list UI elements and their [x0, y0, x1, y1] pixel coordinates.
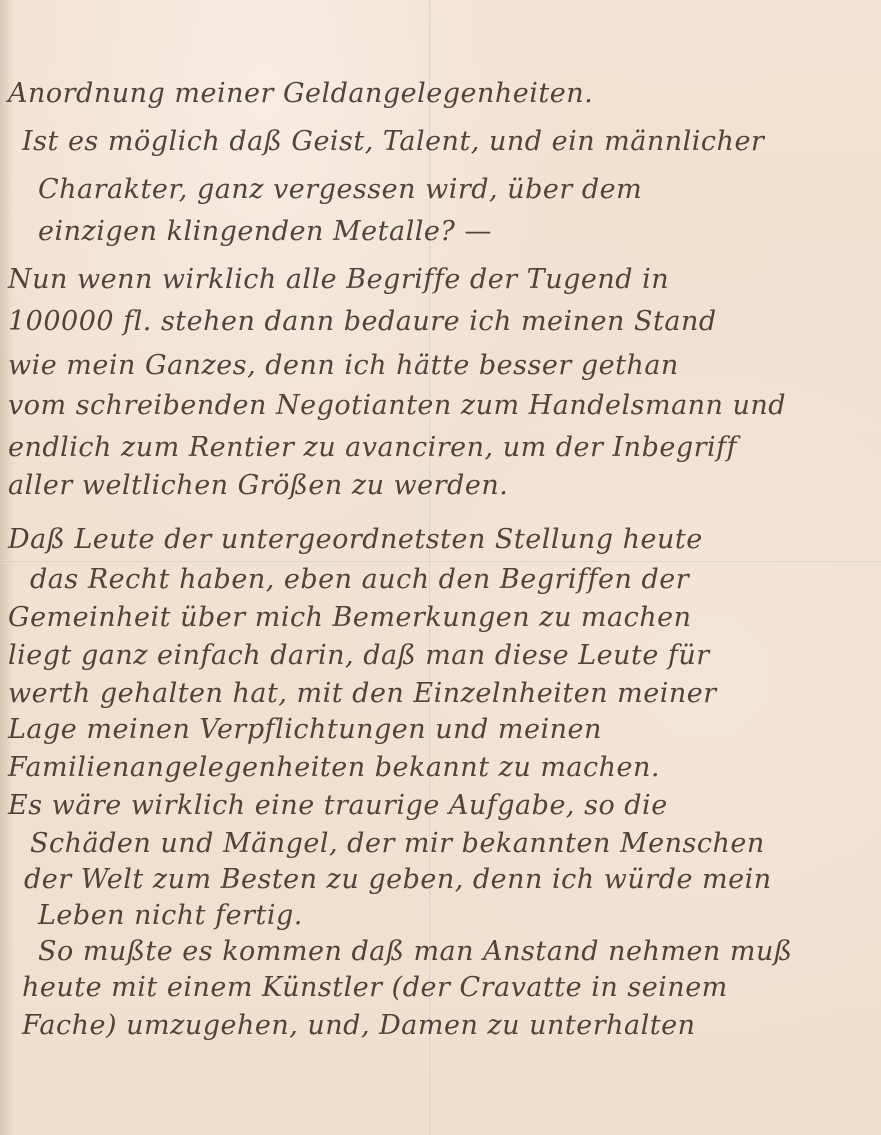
text-line: einzigen klingenden Metalle? —	[38, 216, 492, 247]
text-line: Es wäre wirklich eine traurige Aufgabe, …	[8, 790, 668, 821]
text-line: liegt ganz einfach darin, daß man diese …	[8, 640, 710, 671]
text-line: Gemeinheit über mich Bemerkungen zu mach…	[8, 602, 692, 633]
text-line: der Welt zum Besten zu geben, denn ich w…	[24, 864, 772, 895]
text-line: Lage meinen Verpflichtungen und meinen	[8, 714, 602, 745]
text-line: aller weltlichen Größen zu werden.	[8, 470, 508, 501]
text-line: Schäden und Mängel, der mir bekannten Me…	[30, 828, 765, 859]
letter-page: Anordnung meiner Geldangelegenheiten. Is…	[0, 0, 881, 1135]
text-line: Leben nicht fertig.	[38, 900, 303, 931]
text-line: 100000 fl. stehen dann bedaure ich meine…	[8, 306, 717, 337]
text-line: Ist es möglich daß Geist, Talent, und ei…	[22, 126, 764, 157]
text-line: Nun wenn wirklich alle Begriffe der Tuge…	[8, 264, 669, 295]
text-line: heute mit einem Künstler (der Cravatte i…	[22, 972, 728, 1003]
text-line: werth gehalten hat, mit den Einzelnheite…	[8, 678, 717, 709]
text-line: Fache) umzugehen, und, Damen zu unterhal…	[22, 1010, 695, 1041]
text-line: Daß Leute der untergeordnetsten Stellung…	[8, 524, 703, 555]
text-line: vom schreibenden Negotianten zum Handels…	[8, 390, 786, 421]
page-edge-shadow	[0, 0, 14, 1135]
text-line: Anordnung meiner Geldangelegenheiten.	[8, 78, 593, 109]
text-line: das Recht haben, eben auch den Begriffen…	[30, 564, 689, 595]
text-line: endlich zum Rentier zu avanciren, um der…	[8, 432, 737, 463]
text-line: Familienangelegenheiten bekannt zu mache…	[8, 752, 660, 783]
horizontal-fold-crease	[0, 560, 881, 563]
text-line: So mußte es kommen daß man Anstand nehme…	[38, 936, 792, 967]
text-line: Charakter, ganz vergessen wird, über dem	[38, 174, 642, 205]
text-line: wie mein Ganzes, denn ich hätte besser g…	[8, 350, 679, 381]
